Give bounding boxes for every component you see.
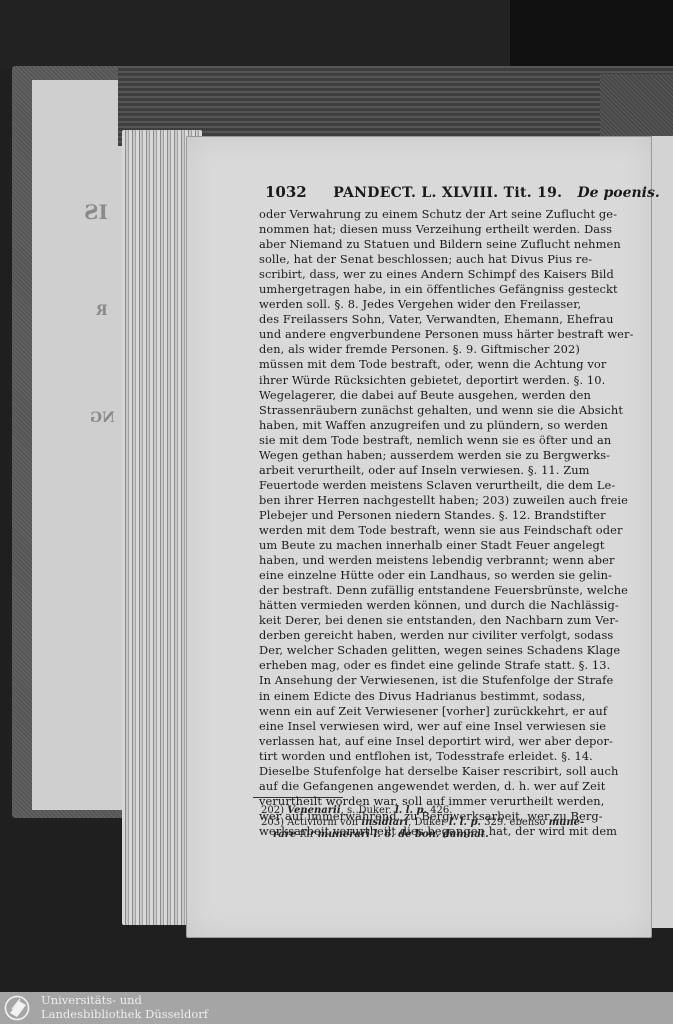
body-line: sie mit dem Tode bestraft, nemlich wenn … [259, 433, 639, 448]
footnote-text: , Duker [408, 817, 449, 828]
body-line: Der, welcher Schaden gelitten, wegen sei… [259, 643, 639, 658]
body-line: erheben mag, oder es findet eine gelinde… [259, 658, 639, 673]
footnote-text: l. l. p. [395, 805, 427, 816]
footnotes: 202) Venenarii, s. Duker. l. l. p. 426.2… [261, 805, 641, 841]
running-head-title: PANDECT. L. XLVIII. Tit. 19. [333, 185, 567, 201]
footnote-text: Venenarii [287, 805, 340, 816]
footnote-text: munerari l. 6. de bon. damnat. [318, 829, 489, 840]
footnote: 203) Activform von insidiari, Duker l. l… [261, 817, 641, 829]
footnote-text: 329. ebenso [481, 817, 549, 828]
footnote-text: , s. Duker. [341, 805, 395, 816]
body-line: Wegen gethan haben; ausserdem werden sie… [259, 448, 639, 463]
footnote: rare für munerari l. 6. de bon. damnat. [261, 829, 641, 841]
body-line: haben, und werden meistens lebendig verb… [259, 553, 639, 568]
body-line: in einem Edicte des Divus Hadrianus best… [259, 689, 639, 704]
body-line: Dieselbe Stufenfolge hat derselbe Kaiser… [259, 764, 639, 779]
body-line: den, als wider fremde Personen. §. 9. Gi… [259, 342, 639, 357]
body-line: müssen mit dem Tode bestraft, oder, wenn… [259, 357, 639, 372]
footnote-text: für [296, 829, 317, 840]
footnote-text: rare [273, 829, 296, 840]
running-head-book: L. XLVIII. [421, 185, 498, 201]
footnote-text: mune- [549, 817, 585, 828]
footnote-marker: 202) [261, 805, 287, 816]
running-head-prefix: PANDECT. [333, 185, 416, 201]
body-line: tirt worden und entflohen ist, Todesstra… [259, 749, 639, 764]
body-line: Plebejer und Personen niedern Standes. §… [259, 508, 639, 523]
body-line: Wegelagerer, die dabei auf Beute ausgehe… [259, 388, 639, 403]
body-line: aber Niemand zu Statuen und Bildern sein… [259, 237, 639, 252]
body-line: umhergetragen habe, in ein öffentliches … [259, 282, 639, 297]
body-line: ihrer Würde Rücksichten gebietet, deport… [259, 373, 639, 388]
background-top-right [510, 0, 673, 70]
body-line: oder Verwahrung zu einem Schutz der Art … [259, 207, 639, 222]
body-text: oder Verwahrung zu einem Schutz der Art … [259, 207, 639, 839]
library-name-line2: Landesbibliothek Düsseldorf [41, 1007, 208, 1021]
body-line: werden soll. §. 8. Jedes Vergehen wider … [259, 297, 639, 312]
page-number: 1032 [265, 183, 307, 201]
facing-page-edge [650, 136, 673, 928]
body-line: wenn ein auf Zeit Verwiesener [vorher] z… [259, 704, 639, 719]
body-line: um Beute zu machen innerhalb einer Stadt… [259, 538, 639, 553]
body-line: verlassen hat, auf eine Insel deportirt … [259, 734, 639, 749]
footnote-text: insidiari [361, 817, 408, 828]
library-footer: Universitäts- und Landesbibliothek Düsse… [0, 992, 673, 1024]
body-line: In Ansehung der Verwiesenen, ist die Stu… [259, 673, 639, 688]
body-line: arbeit verurtheilt, oder auf Inseln verw… [259, 463, 639, 478]
left-page-bleed-text: R [96, 303, 108, 319]
body-line: der bestraft. Denn zufällig entstandene … [259, 583, 639, 598]
footnote-marker: 203) [261, 817, 287, 828]
body-line: derben gereicht haben, werden nur civili… [259, 628, 639, 643]
body-line: und andere engverbundene Personen muss h… [259, 327, 639, 342]
ulb-logo-icon [4, 995, 32, 1021]
book-cover-right [600, 74, 673, 144]
left-page: IS R NG [32, 80, 122, 810]
body-line: des Freilassers Sohn, Vater, Verwandten,… [259, 312, 639, 327]
running-head-subject: De poenis. [578, 185, 660, 201]
body-line: Feuertode werden meistens Sclaven verurt… [259, 478, 639, 493]
footnote-text: l. l. p. [449, 817, 481, 828]
footnote-text: 426. [427, 805, 452, 816]
running-header: 1032 PANDECT. L. XLVIII. Tit. 19. De poe… [265, 183, 645, 201]
body-line: hätten vermieden werden können, und durc… [259, 598, 639, 613]
left-page-bleed-text: NG [90, 410, 115, 426]
body-line: eine Insel verwiesen wird, wer auf eine … [259, 719, 639, 734]
body-line: keit Derer, bei denen sie entstanden, de… [259, 613, 639, 628]
body-line: Strassenräubern zunächst gehalten, und w… [259, 403, 639, 418]
running-head-title-no: Tit. 19. [504, 185, 563, 201]
body-line: auf die Gefangenen angewendet werden, d.… [259, 779, 639, 794]
body-line: nommen hat; diesen muss Verzeihung erthe… [259, 222, 639, 237]
left-page-bleed-text: IS [84, 200, 108, 224]
body-line: ben ihrer Herren nachgestellt haben; 203… [259, 493, 639, 508]
body-line: eine einzelne Hütte oder ein Landhaus, s… [259, 568, 639, 583]
library-name-line1: Universitäts- und [41, 993, 208, 1007]
library-name: Universitäts- und Landesbibliothek Düsse… [41, 993, 208, 1021]
body-line: solle, hat der Senat beschlossen; auch h… [259, 252, 639, 267]
footnote: 202) Venenarii, s. Duker. l. l. p. 426. [261, 805, 641, 817]
book-page: 1032 PANDECT. L. XLVIII. Tit. 19. De poe… [186, 136, 652, 938]
footnote-text: Activform von [287, 817, 361, 828]
body-line: haben, mit Waffen anzugreifen und zu plü… [259, 418, 639, 433]
footnote-rule [253, 797, 343, 798]
body-line: scribirt, dass, wer zu eines Andern Schi… [259, 267, 639, 282]
body-line: werden mit dem Tode bestraft, wenn sie a… [259, 523, 639, 538]
